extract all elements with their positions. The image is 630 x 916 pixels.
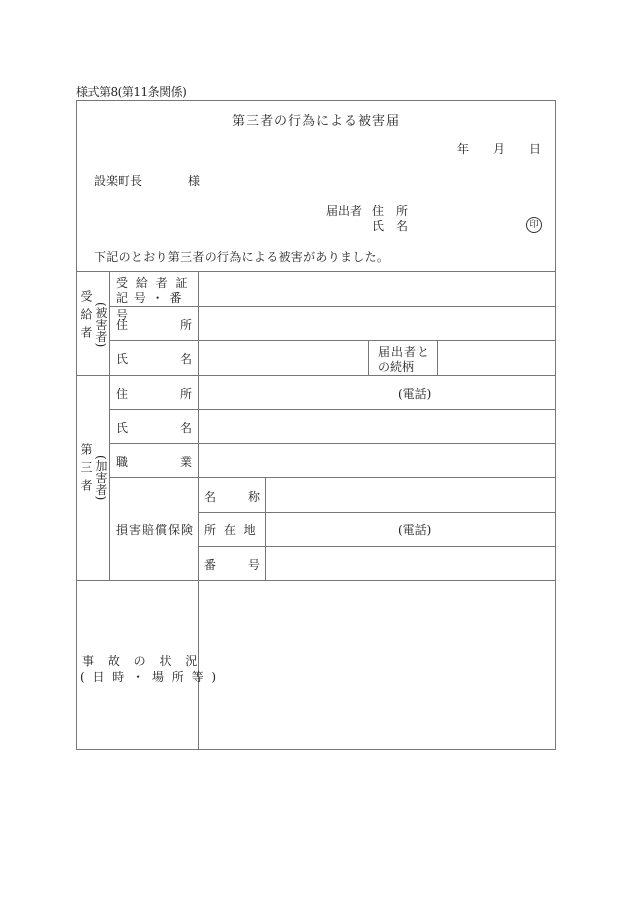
cert-number-field[interactable] (199, 272, 556, 305)
label-part: 住 (116, 385, 128, 402)
insurance-location-label: 所 在 地 (204, 521, 258, 538)
statement: 下記のとおり第三者の行為による被害がありました。 (94, 248, 389, 265)
seal-icon: 印 (526, 217, 542, 233)
third-party-occupation-field[interactable] (199, 444, 556, 476)
insurance-number-field[interactable] (266, 547, 556, 579)
label-part: 氏 (116, 350, 128, 367)
relation-field[interactable] (438, 341, 556, 374)
label-part: 氏 (116, 419, 128, 436)
honorific: 様 (188, 172, 200, 189)
divider (368, 340, 369, 375)
notifier-label: 届出者 (326, 202, 362, 219)
third-party-address-label: 住 所 (116, 385, 192, 402)
label-part: 号 (248, 556, 260, 573)
date-year: 年 (457, 140, 469, 157)
third-party-address-field[interactable] (199, 376, 556, 408)
accident-details-field[interactable] (199, 581, 556, 749)
insurance-label: 損害賠償保険 (116, 521, 194, 538)
insurance-name-field[interactable] (266, 478, 556, 511)
addressee: 設楽町長 (94, 172, 142, 189)
accident-label-2: ( 日 時 ・ 場 所 等 ) (80, 668, 218, 685)
recipient-address-field[interactable] (199, 307, 556, 339)
insurance-number-label: 番 号 (204, 556, 260, 573)
date-month: 月 (493, 140, 505, 157)
insurance-name-label: 名 称 (204, 488, 260, 505)
relation-label-2: の続柄 (378, 358, 414, 375)
insurance-location-field[interactable] (266, 513, 556, 545)
label-part: 所 (180, 385, 192, 402)
label-part: 職 (116, 453, 128, 470)
label-part: 住 (116, 316, 128, 333)
third-party-name-label: 氏 名 (116, 419, 192, 436)
label-part: 名 (180, 350, 192, 367)
accident-label-1: 事 故 の 状 況 (82, 652, 202, 669)
recipient-name-label: 氏 名 (116, 350, 192, 367)
recipient-group-sub: (被害者) (93, 302, 110, 347)
label-part: 業 (180, 453, 192, 470)
form-number: 様式第8(第11条関係) (76, 83, 186, 100)
label-part: 称 (248, 488, 260, 505)
third-party-name-field[interactable] (199, 410, 556, 442)
label-part: 所 (180, 316, 192, 333)
recipient-address-label: 住 所 (116, 316, 192, 333)
label-part: 名 (180, 419, 192, 436)
date-day: 日 (529, 140, 541, 157)
label-part: 番 (204, 556, 216, 573)
third-party-group-sub: (加害者) (93, 455, 110, 500)
notifier-name-label: 氏 名 (372, 217, 408, 234)
label-part: 名 (204, 488, 216, 505)
form-title: 第三者の行為による被害届 (76, 110, 556, 129)
third-party-occupation-label: 職 業 (116, 453, 192, 470)
recipient-name-field[interactable] (199, 341, 367, 374)
